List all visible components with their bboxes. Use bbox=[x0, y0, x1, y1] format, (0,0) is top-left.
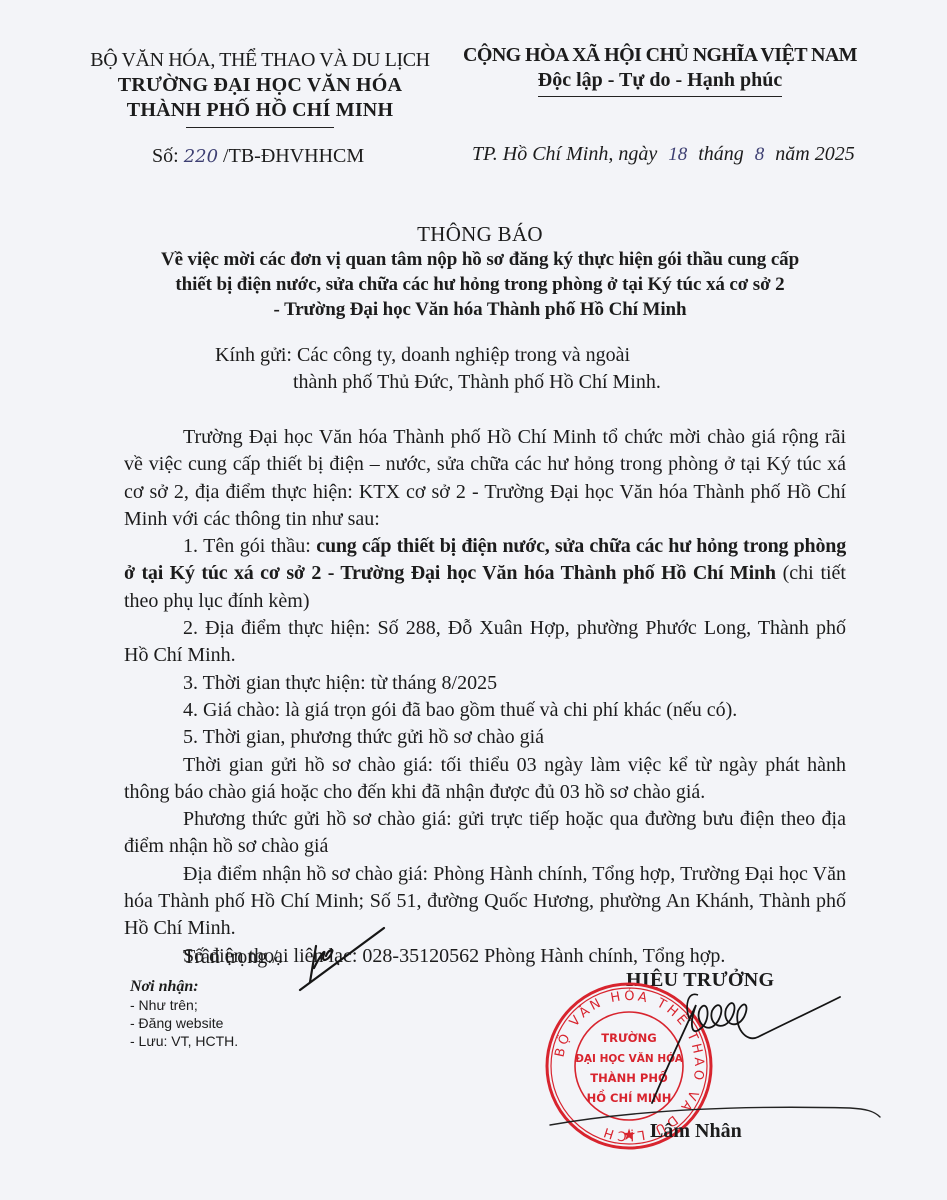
submission-method: Phương thức gửi hồ sơ chào giá: gửi trực… bbox=[124, 806, 846, 861]
date-year: năm 2025 bbox=[775, 143, 854, 165]
addressee: Kính gửi: Các công ty, doanh nghiệp tron… bbox=[215, 342, 661, 396]
intro-paragraph: Trường Đại học Văn hóa Thành phố Hồ Chí … bbox=[124, 424, 846, 533]
header-divider bbox=[186, 127, 334, 128]
document-number: Số: 220 /TB-ĐHVHHCM bbox=[152, 145, 364, 168]
date-line: TP. Hồ Chí Minh, ngày 18 tháng 8 năm 202… bbox=[472, 143, 855, 166]
stamp-line4: HỒ CHÍ MINH bbox=[587, 1088, 672, 1105]
school-name-line1: TRƯỜNG ĐẠI HỌC VĂN HÓA bbox=[60, 73, 460, 98]
closing-salutation: Trân trọng./. bbox=[183, 946, 283, 969]
doc-number-suffix: /TB-ĐHVHHCM bbox=[218, 145, 364, 167]
item1-label: 1. Tên gói thầu: bbox=[183, 535, 316, 557]
date-month: 8 bbox=[755, 144, 765, 165]
stamp-line2: ĐẠI HỌC VĂN HÓA bbox=[575, 1052, 684, 1065]
date-day: 18 bbox=[668, 144, 687, 165]
item-location: 2. Địa điểm thực hiện: Số 288, Đỗ Xuân H… bbox=[124, 615, 846, 670]
issuer-header: BỘ VĂN HÓA, THỂ THAO VÀ DU LỊCH TRƯỜNG Đ… bbox=[60, 48, 460, 128]
item-price: 4. Giá chào: là giá trọn gói đã bao gồm … bbox=[124, 697, 846, 724]
distribution-item: - Lưu: VT, HCTH. bbox=[130, 1032, 238, 1050]
document-title: THÔNG BÁO Về việc mời các đơn vị quan tâ… bbox=[100, 222, 860, 322]
date-month-label: tháng bbox=[698, 143, 744, 165]
item-submission: 5. Thời gian, phương thức gửi hồ sơ chào… bbox=[124, 724, 846, 751]
distribution-list: Nơi nhận: - Như trên; - Đăng website - L… bbox=[130, 978, 238, 1050]
title-sub-line1: Về việc mời các đơn vị quan tâm nộp hồ s… bbox=[100, 247, 860, 272]
addressee-line2: thành phố Thủ Đức, Thành phố Hồ Chí Minh… bbox=[215, 369, 661, 396]
svg-text:★: ★ bbox=[622, 1125, 636, 1144]
title-sub-line3: - Trường Đại học Văn hóa Thành phố Hồ Ch… bbox=[100, 297, 860, 322]
doc-number-handwritten: 220 bbox=[184, 146, 218, 167]
item-package-name: 1. Tên gói thầu: cung cấp thiết bị điện … bbox=[124, 533, 846, 615]
distribution-label: Nơi nhận: bbox=[130, 978, 238, 996]
distribution-item: - Như trên; bbox=[130, 996, 238, 1014]
stamp-line1: TRƯỜNG bbox=[601, 1030, 656, 1045]
submission-place: Địa điểm nhận hồ sơ chào giá: Phòng Hành… bbox=[124, 861, 846, 943]
submission-time: Thời gian gửi hồ sơ chào giá: tối thiểu … bbox=[124, 752, 846, 807]
document-body: Trường Đại học Văn hóa Thành phố Hồ Chí … bbox=[124, 424, 846, 970]
title-main: THÔNG BÁO bbox=[100, 222, 860, 247]
addressee-line1: Kính gửi: Các công ty, doanh nghiệp tron… bbox=[215, 342, 661, 369]
signer-name: Lâm Nhân bbox=[650, 1120, 742, 1143]
stamp-line3: THÀNH PHỐ bbox=[590, 1068, 668, 1085]
national-motto: Độc lập - Tự do - Hạnh phúc bbox=[538, 68, 782, 97]
national-header: CỘNG HÒA XÃ HỘI CHỦ NGHĨA VIỆT NAM Độc l… bbox=[450, 43, 870, 97]
date-place: TP. Hồ Chí Minh, ngày bbox=[472, 143, 657, 165]
school-name-line2: THÀNH PHỐ HỒ CHÍ MINH bbox=[60, 98, 460, 123]
nation-name: CỘNG HÒA XÃ HỘI CHỦ NGHĨA VIỆT NAM bbox=[450, 43, 870, 68]
title-sub-line2: thiết bị điện nước, sửa chữa các hư hỏng… bbox=[100, 272, 860, 297]
doc-number-prefix: Số: bbox=[152, 145, 184, 167]
ministry-name: BỘ VĂN HÓA, THỂ THAO VÀ DU LỊCH bbox=[60, 48, 460, 73]
distribution-item: - Đăng website bbox=[130, 1014, 238, 1032]
item-duration: 3. Thời gian thực hiện: từ tháng 8/2025 bbox=[124, 670, 846, 697]
